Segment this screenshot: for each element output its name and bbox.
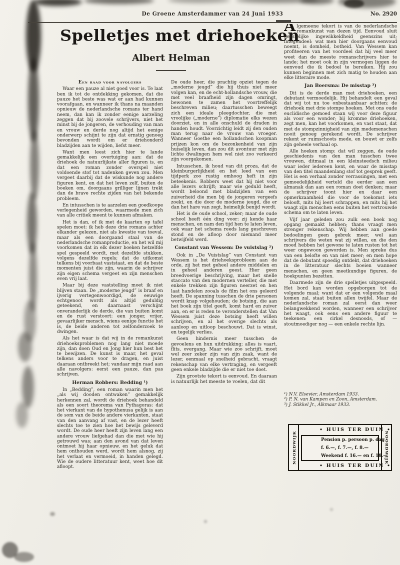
ad-name-top-row: • HUIS TER DUIN • bbox=[299, 425, 381, 435]
article-title-block: Spelletjes met driehoeken Albert Helman bbox=[60, 26, 282, 71]
ad-bullet: • bbox=[320, 463, 324, 469]
issue-number: No. 2920 bbox=[320, 11, 397, 17]
footnotes: ¹) N.V. Elsevier, Amsterdam 1933. ²) P. … bbox=[284, 392, 397, 418]
ad-name-bottom-row: • HUIS TER DUIN • bbox=[299, 461, 381, 471]
ad-pension-box: Pension p. persoon p. dag f. 6.—, f. 7.—… bbox=[301, 435, 379, 461]
footnote: ³) J. Stikkel Jr., Alkmaar 1933. bbox=[284, 402, 397, 407]
scan-smudge bbox=[204, 520, 207, 523]
book-review-heading-van-wessem: Constant van Wessem: De vuistslag ²) bbox=[171, 246, 277, 251]
author-rule bbox=[156, 70, 186, 71]
body-paragraph: Dit is de derde man met driehoeken, een … bbox=[284, 91, 397, 148]
scan-smudge bbox=[168, 0, 230, 3]
drop-cap: A bbox=[284, 24, 296, 33]
scan-smudge bbox=[300, 0, 334, 4]
body-paragraph: En intusschen is te aarzelen een goedkoo… bbox=[57, 203, 163, 218]
header-rule bbox=[28, 22, 397, 23]
body-paragraph: In „Bedding”, een roman waarin men het „… bbox=[57, 387, 163, 469]
scan-smudge bbox=[14, 552, 34, 562]
body-paragraph: Vijf jaar geleden zou zulk een boek nog … bbox=[284, 217, 397, 279]
header-dash-mark bbox=[276, 20, 291, 22]
body-paragraph: Zijn grootste tekort is eenvoud. En daar… bbox=[171, 374, 277, 384]
scan-smudge bbox=[30, 130, 39, 200]
body-paragraph: Intusschen, ik houd van dit proza, dat d… bbox=[171, 164, 277, 210]
body-paragraph: Ook in „De Vuistslag” van Constant van W… bbox=[171, 253, 277, 335]
body-paragraph: Daarmede zijn de drie spelletjes uitgesp… bbox=[284, 281, 397, 327]
text-column-2: De oude heer, die prachtig opziet tegen … bbox=[171, 80, 277, 459]
body-paragraph: Het is de oude school, zeker; maar de ou… bbox=[171, 212, 277, 243]
body-paragraph: Alle hoeken stomp: dat wil zeggen, de ou… bbox=[284, 149, 397, 216]
scan-smudge bbox=[34, 0, 82, 6]
scan-smudge bbox=[84, 0, 154, 4]
section-heading: Een raad voor navolgers bbox=[57, 80, 163, 85]
ad-bullet: • bbox=[320, 427, 324, 433]
body-paragraph: Maar bij deze vaststelling moet ik niet … bbox=[57, 283, 163, 334]
book-review-heading-boersma: Jan Boersma: De misstap ³) bbox=[284, 84, 397, 89]
body-paragraph: Waar een pauze al niet goed voor is. Te … bbox=[57, 87, 163, 149]
ad-side-label-left: NOORDWIJK bbox=[291, 431, 296, 465]
issue-number-wrap: No. 2920 bbox=[320, 11, 397, 22]
ad-side-label-right: NOORDWIJK bbox=[384, 431, 389, 465]
scan-smudge bbox=[18, 332, 32, 362]
body-paragraph: De oude heer, die prachtig opziet tegen … bbox=[171, 80, 277, 162]
ad-line-pension: Pension p. persoon p. dag bbox=[321, 438, 359, 442]
ad-name-top: HUIS TER DUIN bbox=[326, 427, 384, 433]
ad-side-panel-left: NOORDWIJK bbox=[289, 425, 299, 470]
text-column-1: Een raad voor navolgers Waar een pauze a… bbox=[57, 80, 163, 477]
ad-line-prices: f. 6.—, f. 7.—, f. 8.— bbox=[321, 446, 359, 450]
book-review-heading-robbers: Herman Robbers: Bedding ¹) bbox=[57, 380, 163, 385]
newspaper-page: De Groene Amsterdammer van 24 Juni 1933 … bbox=[0, 0, 400, 565]
body-paragraph: Het is dan, of ik met de kaarten op tafe… bbox=[57, 220, 163, 282]
text-column-3: Algemeene tekort is van de nederlandsche… bbox=[284, 24, 397, 390]
lead-paragraph: Algemeene tekort is van de nederlandsche… bbox=[284, 24, 397, 81]
article-title: Spelletjes met driehoeken bbox=[60, 26, 282, 45]
ad-main: • HUIS TER DUIN • Pension p. persoon p. … bbox=[299, 425, 381, 470]
body-paragraph: Want men leest zich hier te lande gemakk… bbox=[57, 150, 163, 201]
ad-line-weekend: Weekend f. 16.— en f. 18.— bbox=[321, 454, 359, 458]
advertisement-huis-ter-duin: NOORDWIJK • HUIS TER DUIN • Pension p. p… bbox=[288, 424, 392, 471]
ad-name-bottom: HUIS TER DUIN bbox=[326, 463, 384, 469]
scan-smudge bbox=[16, 402, 28, 428]
scan-smudge bbox=[330, 508, 333, 511]
article-author: Albert Helman bbox=[60, 53, 282, 64]
scan-smudge bbox=[50, 512, 55, 516]
body-paragraph: Als het waar is dat wij in de romankunst… bbox=[57, 336, 163, 377]
body-paragraph: Geen hindernis meer tusschen de gevoelen… bbox=[171, 337, 277, 373]
lead-text: lgemeene tekort is van de nederlandsche … bbox=[284, 24, 397, 80]
